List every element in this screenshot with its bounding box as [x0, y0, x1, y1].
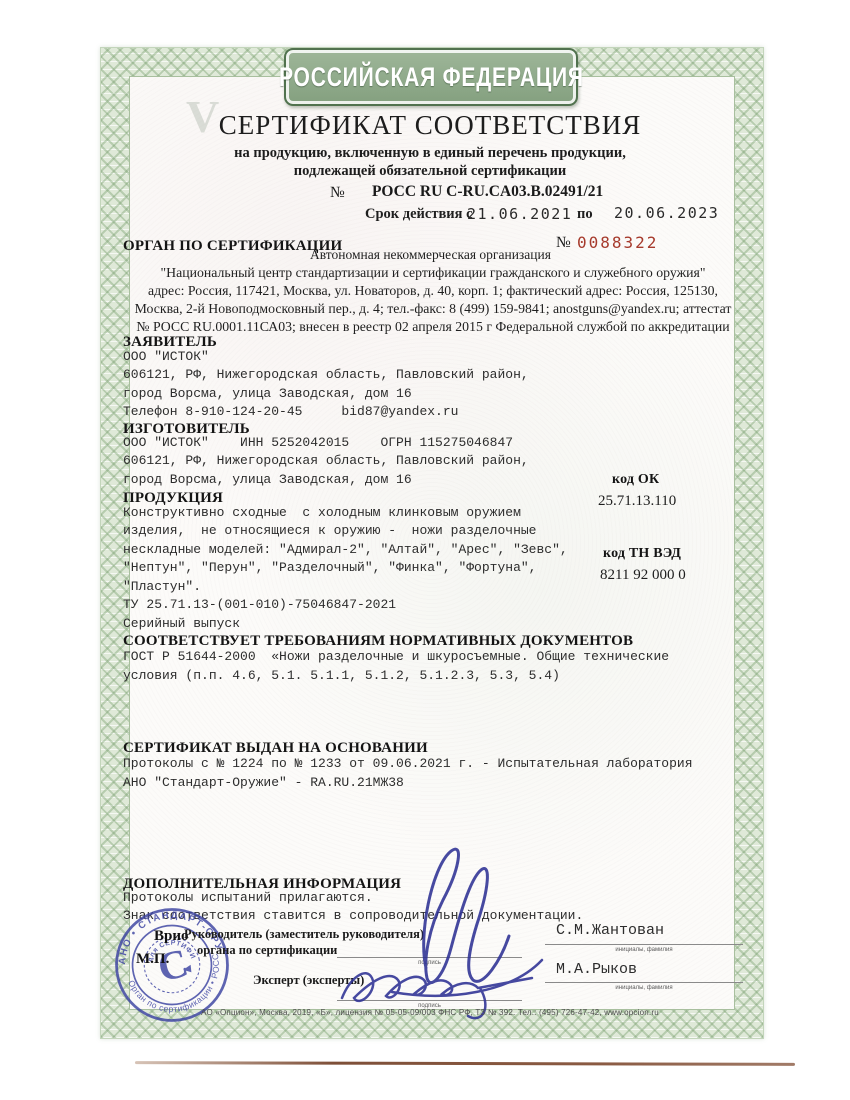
- head-name-caption: инициалы, фамилия: [545, 947, 743, 953]
- certificate-page: V РОССИЙСКАЯ ФЕДЕРАЦИЯ СЕРТИФИКАТ СООТВЕ…: [0, 0, 850, 1100]
- basis-line: Протоколы с № 1224 по № 1233 от 09.06.20…: [123, 755, 693, 774]
- product-line: изделия, не относящиеся к оружию - ножи …: [123, 522, 536, 541]
- expert-name-line: [545, 981, 743, 983]
- scan-edge-line: [135, 1061, 795, 1065]
- applicant-line: город Ворсма, улица Заводская, дом 16: [123, 385, 412, 404]
- manufacturer-line: город Ворсма, улица Заводская, дом 16: [123, 471, 412, 490]
- blank-number-symbol: №: [556, 234, 571, 252]
- product-line: нескладные моделей: "Адмирал-2", "Алтай"…: [123, 541, 568, 560]
- org-details-line: "Национальный центр стандартизации и сер…: [128, 264, 738, 282]
- applicant-line: Телефон 8-910-124-20-45 bid87@yandex.ru: [123, 403, 458, 422]
- ok-code-value: 25.71.13.110: [598, 493, 676, 510]
- certificate-title: СЕРТИФИКАТ СООТВЕТСТВИЯ: [130, 110, 730, 141]
- org-details-line: Москва, 2-й Новоподмосковный пер., д. 4;…: [128, 300, 738, 318]
- head-name-line: [545, 943, 743, 945]
- org-details-line: № РОСС RU.0001.11СА03; внесен в реестр 0…: [128, 318, 738, 336]
- compliance-line: условия (п.п. 4.6, 5.1. 5.1.1, 5.1.2, 5.…: [123, 667, 560, 686]
- certificate-subtitle-1: на продукцию, включенную в единый перече…: [130, 145, 730, 162]
- basis-line: АНО "Стандарт-Оружие" - RA.RU.21МЖ38: [123, 774, 404, 793]
- expert-name-caption: инициалы, фамилия: [545, 985, 743, 991]
- product-line: Серийный выпуск: [123, 615, 240, 634]
- org-details-line: адрес: Россия, 117421, Москва, ул. Новат…: [128, 282, 738, 300]
- certificate-number-symbol: №: [330, 184, 345, 202]
- compliance-line: ГОСТ Р 51644-2000 «Ножи разделочные и шк…: [123, 648, 669, 667]
- product-line: "Нептун", "Перун", "Разделочный", "Финка…: [123, 559, 536, 578]
- blank-number: 0088322: [577, 233, 658, 252]
- mp-seal-mark: М.П.: [136, 951, 169, 968]
- validity-to-date: 20.06.2023: [614, 204, 719, 222]
- tnved-code-label: код ТН ВЭД: [603, 546, 681, 562]
- head-role-label-2: органа по сертификации: [197, 943, 337, 958]
- printer-imprint: АО «Опцион», Москва, 2019, «Б», лицензия…: [130, 1008, 730, 1017]
- product-line: "Пластун".: [123, 578, 201, 597]
- head-signature-stroke: [424, 849, 509, 982]
- validity-from-date: 21.06.2021: [467, 205, 572, 223]
- certification-org-round-stamp: АНО • СТАНДАРТ-ОРУЖИЕ • Орган по сертифи…: [92, 885, 252, 1045]
- product-line: ТУ 25.71.13-(001-010)-75046847-2021: [123, 596, 396, 615]
- product-line: Конструктивно сходные с холодным клинков…: [123, 504, 521, 523]
- certificate-subtitle-2: подлежащей обязательной сертификации: [130, 163, 730, 180]
- head-name: С.М.Жантован: [556, 922, 664, 939]
- applicant-line: ООО "ИСТОК": [123, 348, 209, 367]
- handwritten-signatures: [330, 840, 570, 1020]
- applicant-line: 606121, РФ, Нижегородская область, Павло…: [123, 366, 529, 385]
- country-badge: РОССИЙСКАЯ ФЕДЕРАЦИЯ: [284, 48, 578, 106]
- country-badge-label: РОССИЙСКАЯ ФЕДЕРАЦИЯ: [279, 62, 584, 93]
- validity-to-label: по: [577, 206, 593, 223]
- tnved-code-value: 8211 92 000 0: [600, 567, 686, 584]
- certificate-number: РОСС RU C-RU.CA03.B.02491/21: [372, 183, 603, 201]
- ok-code-label: код ОК: [612, 472, 659, 488]
- org-type: Автономная некоммерческая организация: [310, 247, 551, 263]
- manufacturer-line: 606121, РФ, Нижегородская область, Павло…: [123, 452, 529, 471]
- validity-label: Срок действия с: [365, 206, 473, 223]
- manufacturer-line: ООО "ИСТОК" ИНН 5252042015 ОГРН 11527504…: [123, 434, 513, 453]
